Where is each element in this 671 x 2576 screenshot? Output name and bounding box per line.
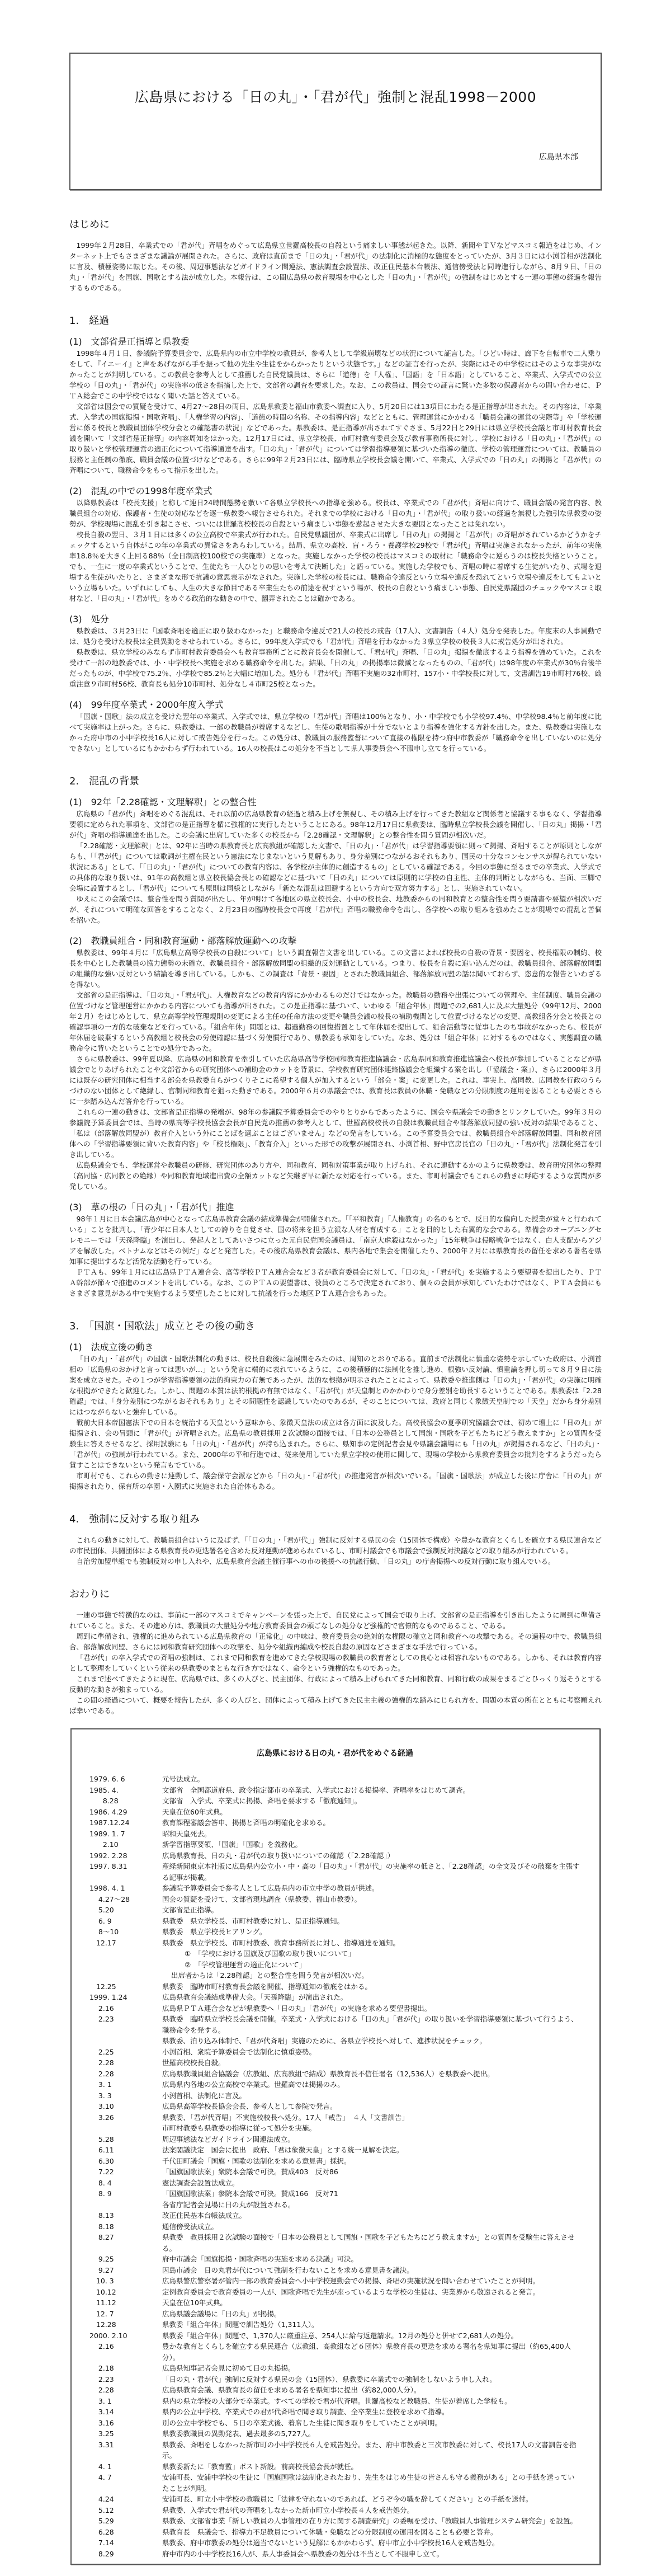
subsection-heading: (3) 処分 xyxy=(69,614,602,624)
chronology-row: 2000. 2.10県教委「組合年休」問題で、1,370人に厳重注意、254人に… xyxy=(89,2330,580,2342)
chronology-event: 昭和天皇死去。 xyxy=(162,1828,580,1840)
chronology-row: 3.26県教委、「君が代斉唱」不実施校校長へ処分。17人「戒告」 ４人「文書訓告… xyxy=(89,2112,580,2123)
chronology-date: 1986. 4.29 xyxy=(89,1807,162,1818)
chronology-event: 教育課程審議会答申、掲揚と斉唱の明確化を求める。 xyxy=(162,1817,580,1828)
chronology-row: 8. 9「国旗国歌法案」参院本会議で可決。賛成166 反対71 xyxy=(89,2188,580,2199)
chronology-date: 8. 9 xyxy=(89,2188,162,2199)
chronology-event: 広島県教育会議結成準備大会。「天孫降臨」が演出された。 xyxy=(162,1992,580,2003)
body-paragraph: 戦前大日本帝国憲法下での日本を統治する天皇という意味から、象徴天皇法の成立は各方… xyxy=(69,1417,602,1470)
closing-paragraph: これまで述べてきたように現在、広島県では、多くの人びと、民主団体、行政によって積… xyxy=(69,1674,602,1695)
chronology-box: 広島県における日の丸・君が代をめぐる経過 1979. 6. 6元号法成立。198… xyxy=(70,1728,601,2565)
chronology-event: 出席者からは「2.28確認」との整合性を問う発言が相次いだ。 xyxy=(162,1970,580,1981)
chronology-row: 3.10広島県高等学校長協会会長、参考人として参院で発言。 xyxy=(89,2101,580,2112)
chronology-date: 8.27 xyxy=(89,2232,162,2254)
chronology-event: 改正住民基本台帳法成立。 xyxy=(162,2210,580,2221)
chronology-row: 1987.12.24教育課程審議会答申、掲揚と斉唱の明確化を求める。 xyxy=(89,1817,580,1828)
body-paragraph: 広島県の「君が代」斉唱をめぐる混乱は、それ以前の広島県教育の経過と積み上げを無視… xyxy=(69,808,602,840)
chronology-row: 2.10新学習指導要領、「国旗」「国歌」を義務化。 xyxy=(89,1839,580,1850)
body-paragraph: 「日の丸」・「君が代」の国旗・国歌法制化の動きは、校長自殺後に急展開をみたのは、… xyxy=(69,1353,602,1417)
chronology-event: 広島県警広警察署が管内一部の教育委員会へ小中学校運動会での掲揚、斉唱の実施状況を… xyxy=(162,2276,580,2287)
chronology-date: 1999. 1.24 xyxy=(89,1992,162,2003)
chronology-date: 2.28 xyxy=(89,2385,162,2396)
chronology-row: 8.13改正住民基本台帳法成立。 xyxy=(89,2210,580,2221)
chronology-row: 3. 1広島県内各地の公立高校で卒業式。世羅高では掲揚のみ。 xyxy=(89,2079,580,2090)
chronology-event: 県教委、「君が代斉唱」不実施校校長へ処分。17人「戒告」 ４人「文書訓告」 xyxy=(162,2112,580,2123)
body-paragraph: 県教委は、99年４月に「広島県立高等学校長の自殺について」という調査報告文書を出… xyxy=(69,947,602,990)
sections: 1. 経過(1) 文部省是正指導と県教委1998年４月１日、参議院予算委員会で、… xyxy=(69,316,602,1567)
chronology-title: 広島県における日の丸・君が代をめぐる経過 xyxy=(89,1748,580,1759)
chronology-date: 8.29 xyxy=(89,2549,162,2560)
body-paragraph: 県教委は、県立学校のみならず市町村教育委員会へも教育事務所ごとに教育長会を開催し… xyxy=(69,647,602,689)
chronology-event: 広島県内各地の公立高校で卒業式。世羅高では掲揚のみ。 xyxy=(162,2079,580,2090)
chronology-event: 別の公立中学校でも、５日の卒業式後、着席した生徒に聞き取りをしていたことが判明。 xyxy=(162,2418,580,2429)
chronology-date: 1998. 4. 1 xyxy=(89,1883,162,1894)
chronology-row: 7.14県教委、府中市教委の処分は適当でないという見解にもかかわらず、府中市立小… xyxy=(89,2537,580,2549)
chronology-event: 広島県教職員組合協議会（広教組、広高教組で結成）県教育長不信任署名（12,536… xyxy=(162,2069,580,2080)
chronology-event: 県教委、斉唱をしなかった新市町の小中学校長６人を戒告処分。また、府中市教委と三次… xyxy=(162,2439,580,2461)
chronology-row: 8.29府中市内の小中学校長16人が、県人事委員会へ県教委の処分は不当として不服… xyxy=(89,2549,580,2560)
chronology-row: 9.25府中市議会「国旗掲揚・国歌斉唱の実施を求める決議」可決。 xyxy=(89,2254,580,2265)
chronology-event: 県教委 県立学校長ヒアリング。 xyxy=(162,1926,580,1938)
chronology-event: 安浦町長、町立小中学校の教職員に「法律を守れないのであれば、どうぞ今の職を辞して… xyxy=(162,2494,580,2505)
subsection-heading: (2) 教職員組合・同和教育運動・部落解放運動への攻撃 xyxy=(69,936,602,946)
chronology-event: 府中市議会「国旗掲揚・国歌斉唱の実施を求める決議」可決。 xyxy=(162,2254,580,2265)
chronology-date xyxy=(89,1948,162,1959)
chronology-row: 3.16別の公立中学校でも、５日の卒業式後、着席した生徒に聞き取りをしていたこと… xyxy=(89,2418,580,2429)
chronology-event: 市町村教委も県教委の指導に従って処分を実施。 xyxy=(162,2123,580,2134)
chronology-row: 2.18広島県知事記者会見に初めて日の丸掲揚。 xyxy=(89,2363,580,2374)
chronology-date: 6. 9 xyxy=(89,1916,162,1927)
chronology-date: 2.23 xyxy=(89,2014,162,2036)
chronology-date: 3.25 xyxy=(89,2428,162,2439)
chronology-row: 5.29県教委、文部省事業「新しい教員の人事管理の在り方に関する調査研究」の委嘱… xyxy=(89,2516,580,2527)
chronology-date: 1979. 6. 6 xyxy=(89,1774,162,1785)
title-box: 広島県における「日の丸」・「君が代」強制と混乱1998－2000 広島県本部 xyxy=(69,53,602,190)
body-paragraph: ＰＴＡも、99年１月には広島県ＰＴＡ連合会、高等学校ＰＴＡ連合会など３者が教育委… xyxy=(69,1267,602,1299)
chronology-row: 1989. 1. 7昭和天皇死去。 xyxy=(89,1828,580,1840)
chronology-date: 2.28 xyxy=(89,2057,162,2069)
chronology-event: 広島県ＰＴＡ連合会などが県教委へ「日の丸」「君が代」の実施を求める要望書提出。 xyxy=(162,2003,580,2014)
body-paragraph: 「国旗・国歌」法の成立を受けた翌年の卒業式、入学式では、県立学校の「君が代」斉唱… xyxy=(69,711,602,754)
chronology-event: 「日の丸・君が代」強制に反対する県民の会（15団体）、県教委に卒業式での強制をし… xyxy=(162,2374,580,2385)
chronology-date: 6.30 xyxy=(89,2156,162,2167)
chronology-event: 県教委「組合年休」問題で、1,370人に厳重注意、254人に給与返還請求。12月… xyxy=(162,2330,580,2342)
chronology-event: 県教委 県立学校長、市町村教委、教育事務所長に対し、指導通達を通知。 xyxy=(162,1938,580,1949)
body-paragraph: 「2.28確認・文理解釈」とは、92年に当時の県教育長と広高教組が確認した文書で… xyxy=(69,840,602,894)
chronology-event: 元号法成立。 xyxy=(162,1774,580,1785)
chronology-row: 4. 7安浦町長、安浦中学校の生徒に「国旗国歌は法制化されたおり、先生をはじめ生… xyxy=(89,2472,580,2494)
body-paragraph: 文部省は国会での質疑を受けて、4月27～28日の両日、広島県教委と福山市教委へ調… xyxy=(69,401,602,476)
chronology-date: 11.12 xyxy=(89,2297,162,2309)
section-heading: 2. 混乱の背景 xyxy=(69,776,602,787)
chronology-row: 4.24安浦町長、町立小中学校の教職員に「法律を守れないのであれば、どうぞ今の職… xyxy=(89,2494,580,2505)
chronology-list: 1979. 6. 6元号法成立。1985. 4.文部省 全国都道府県、政令指定都… xyxy=(89,1774,580,2559)
subsection-heading: (1) 文部省是正指導と県教委 xyxy=(69,336,602,347)
chronology-row: 3.14県内の公立中学校、卒業式での君が代斉唱で聞き取り調査、全卒業生に登校を求… xyxy=(89,2406,580,2418)
body-paragraph: 以降県教委は「校長支援」と称して連日24時間態勢を敷いて各県立学校長への指導を強… xyxy=(69,497,602,529)
body-paragraph: 1998年４月１日、参議院予算委員会で、広島県内の市立中学校の教員が、参考人とし… xyxy=(69,348,602,401)
chronology-row: 8. 4憲法調査会設置法成立。 xyxy=(89,2178,580,2189)
body-paragraph: 文部省の是正指導は、「日の丸」・「君が代」、人権教育などの教育内容にかかわるもの… xyxy=(69,990,602,1054)
chronology-event: ② 「学校管理運営の適正化について」 xyxy=(162,1959,580,1971)
chronology-date: 2.10 xyxy=(89,1839,162,1850)
chronology-date: 3.10 xyxy=(89,2101,162,2112)
chronology-row: 8.18通信傍受法成立。 xyxy=(89,2221,580,2232)
section-heading: 4. 強制に反対する取り組み xyxy=(69,1514,602,1525)
chronology-row: 1979. 6. 6元号法成立。 xyxy=(89,1774,580,1785)
chronology-row: 3. 3小渕首相、法制化に言及。 xyxy=(89,2090,580,2102)
chronology-row: 12.17県教委 県立学校長、市町村教委、教育事務所長に対し、指導通達を通知。 xyxy=(89,1938,580,1949)
chronology-date: 8.13 xyxy=(89,2210,162,2221)
chronology-date: 7.22 xyxy=(89,2166,162,2178)
chronology-date: 3.16 xyxy=(89,2418,162,2429)
chronology-row: 出席者からは「2.28確認」との整合性を問う発言が相次いだ。 xyxy=(89,1970,580,1981)
chronology-event: 安浦町長、安浦中学校の生徒に「国旗国歌は法制化されたおり、先生をはじめ生徒の皆さ… xyxy=(162,2472,580,2494)
chronology-event: 小渕首相、衆院予算委員会で法制化に慎重姿勢。 xyxy=(162,2047,580,2058)
chronology-date: 12.25 xyxy=(89,1981,162,1992)
chronology-date: 3. 1 xyxy=(89,2079,162,2090)
chronology-row: 1985. 4.文部省 全国都道府県、政令指定都市の卒業式、入学式における掲揚率… xyxy=(89,1785,580,1796)
chronology-date: 2.16 xyxy=(89,2341,162,2363)
chronology-row: 11.12天皇在位10年式典。 xyxy=(89,2297,580,2309)
document-title: 広島県における「日の丸」・「君が代」強制と混乱1998－2000 xyxy=(70,92,601,102)
chronology-row: 1992. 2.28広島県教育長、日の丸・君が代の取り扱いについての確認（「2.… xyxy=(89,1850,580,1862)
chronology-row: 2.23県教委 臨時県立学校長会議を開催。卒業式・入学式における「日の丸」「君が… xyxy=(89,2014,580,2036)
chronology-row: ② 「学校管理運営の適正化について」 xyxy=(89,1959,580,1971)
chronology-row: 3. 1県内の県立学校の大部分で卒業式。すべての学校で君が代斉唱。世羅高校など教… xyxy=(89,2396,580,2407)
chronology-row: 6.11法案閣議決定 国会に提出 政府、「君は象徴天皇」とする統一見解を決定。 xyxy=(89,2145,580,2156)
chronology-date: 9.25 xyxy=(89,2254,162,2265)
chronology-date: 8.18 xyxy=(89,2221,162,2232)
closing-heading: おわりに xyxy=(69,1589,602,1600)
chronology-date xyxy=(89,1970,162,1981)
chronology-event: 県教委 臨時市町村教育長会議を開催、指導通知の徹底をはかる。 xyxy=(162,1981,580,1992)
section-heading: 3. 「国旗・国歌法」成立とその後の動き xyxy=(69,1321,602,1332)
chronology-date: 5.28 xyxy=(89,2134,162,2145)
chronology-event: 天皇在位10年式典。 xyxy=(162,2297,580,2309)
intro-heading: はじめに xyxy=(69,219,602,230)
chronology-row: 7.22「国旗国歌法案」衆院本会議で可決。賛成403 反対86 xyxy=(89,2166,580,2178)
chronology-event: 文部省 全国都道府県、政令指定都市の卒業式、入学式における掲揚率、斉唱率をはじめ… xyxy=(162,1785,580,1796)
chronology-row: 1986. 4.29天皇在位60年式典。 xyxy=(89,1807,580,1818)
chronology-date: 5.20 xyxy=(89,1905,162,1916)
subsection-heading: (2) 混乱の中での1998年度卒業式 xyxy=(69,486,602,496)
chronology-event: 県教委「組合年休」問題で訓告処分（1,311人）。 xyxy=(162,2319,580,2330)
chronology-row: 1998. 4. 1参議院予算委員会で参考人として広島県内の市立中学の教員が供述… xyxy=(89,1883,580,1894)
chronology-date: 3. 1 xyxy=(89,2396,162,2407)
chronology-event: 文部省 入学式、卒業式に掲揚、斉唱を要求する「徹底通知」。 xyxy=(162,1795,580,1807)
chronology-row: 4.27～28国会の質疑を受けて、文部省現地調査（県教委、福山市教委）。 xyxy=(89,1894,580,1905)
chronology-row: 2.28広島県教職員組合協議会（広教組、広高教組で結成）県教育長不信任署名（12… xyxy=(89,2069,580,2080)
body-paragraph: 市町村でも、これらの動きに連動して、議会保守会派などから「日の丸」・「君が代」の… xyxy=(69,1470,602,1492)
chronology-row: 5.28周辺事態法などガイドライン関連法成立。 xyxy=(89,2134,580,2145)
chronology-event: 県教委教職員の異動発表、過去最多の5,727人。 xyxy=(162,2428,580,2439)
chronology-event: ① 「学校における国旗及び国歌の取り扱いについて」 xyxy=(162,1948,580,1959)
chronology-date: 1989. 1. 7 xyxy=(89,1828,162,1840)
chronology-row: 8.27県教委 教員採用２次試験の面接で「日本の公務員として国旗・国歌を子どもた… xyxy=(89,2232,580,2254)
chronology-row: 4. 1県教委新たに「教育監」ポスト新設。前高校長協会長が就任。 xyxy=(89,2461,580,2472)
chronology-date: 2000. 2.10 xyxy=(89,2330,162,2342)
intro-paragraph: 1999年２月28日、卒業式での「君が代」斉唱をめぐって広島県立世羅高校長の自殺… xyxy=(69,240,602,293)
chronology-event: 広島県議会議場に「日の丸」が掲揚。 xyxy=(162,2309,580,2320)
chronology-date: 2.16 xyxy=(89,2003,162,2014)
chronology-row: 2.28世羅高校校長自殺。 xyxy=(89,2057,580,2069)
chronology-date: 4. 1 xyxy=(89,2461,162,2472)
document-author: 広島県本部 xyxy=(539,152,578,163)
intro-body: 1999年２月28日、卒業式での「君が代」斉唱をめぐって広島県立世羅高校長の自殺… xyxy=(69,240,602,293)
subsection-heading: (1) 92年「2.28確認・文理解釈」との整合性 xyxy=(69,797,602,807)
chronology-row: 12.25県教委 臨時市町村教育長会議を開催、指導通知の徹底をはかる。 xyxy=(89,1981,580,1992)
chronology-row: 6.30千代田町議会「国旗・国歌の法制化を求める意見書」採択。 xyxy=(89,2156,580,2167)
chronology-event: 法案閣議決定 国会に提出 政府、「君は象徴天皇」とする統一見解を決定。 xyxy=(162,2145,580,2156)
closing-body: 一連の事態で特徴的なのは、事前に一部のマスコミでキャンペーンを張った上で、自民党… xyxy=(69,1610,602,1716)
chronology-event: 県内の県立学校の大部分で卒業式。すべての学校で君が代斉唱。世羅高校など教職員、生… xyxy=(162,2396,580,2407)
chronology-event: 周辺事態法などガイドライン関連法成立。 xyxy=(162,2134,580,2145)
chronology-event: 世羅高校校長自殺。 xyxy=(162,2057,580,2069)
chronology-event: 国会の質疑を受けて、文部省現地調査（県教委、福山市教委）。 xyxy=(162,1894,580,1905)
chronology-date: 12.17 xyxy=(89,1938,162,1949)
chronology-date: 4.24 xyxy=(89,2494,162,2505)
chronology-event: 小渕首相、法制化に言及。 xyxy=(162,2090,580,2102)
chronology-row: 9.27因島市議会 日の丸君が代について強制を行わないことを求める意見書を議決。 xyxy=(89,2265,580,2276)
chronology-event: 新学習指導要領、「国旗」「国歌」を義務化。 xyxy=(162,1839,580,1850)
chronology-row: 10. 3広島県警広警察署が管内一部の教育委員会へ小中学校運動会での掲揚、斉唱の… xyxy=(89,2276,580,2287)
closing-paragraph: 一連の事態で特徴的なのは、事前に一部のマスコミでキャンペーンを張った上で、自民党… xyxy=(69,1610,602,1631)
chronology-event: 県教委、文部省事業「新しい教員の人事管理の在り方に関する調査研究」の委嘱を受け、… xyxy=(162,2516,580,2527)
chronology-date: 4. 7 xyxy=(89,2472,162,2494)
chronology-event: 豊かな教育とくらしを確立する県民連合（広教組、高教組など６団体）県教育長の更迭を… xyxy=(162,2341,580,2363)
chronology-event: 文部省是正指導。 xyxy=(162,1905,580,1916)
body-paragraph: 校長自殺の翌日、３月１日には多くの公立高校で卒業式が行われた。自民党県議団が、卒… xyxy=(69,529,602,604)
chronology-row: 1999. 1.24広島県教育会議結成準備大会。「天孫降臨」が演出された。 xyxy=(89,1992,580,2003)
chronology-event: 産経新聞東京本社版に広島県内公立小・中・高の「日の丸」・「君が代」の実施率の低さ… xyxy=(162,1861,580,1883)
chronology-row: 3.31県教委、斉唱をしなかった新市町の小中学校長６人を戒告処分。また、府中市教… xyxy=(89,2439,580,2461)
chronology-date: 5.29 xyxy=(89,2516,162,2527)
chronology-row: 12.28県教委「組合年休」問題で訓告処分（1,311人）。 xyxy=(89,2319,580,2330)
chronology-date xyxy=(89,2123,162,2134)
section-heading: 1. 経過 xyxy=(69,316,602,326)
chronology-event: 府中市内の小中学校長16人が、県人事委員会へ県教委の処分は不当として不服申し立て… xyxy=(162,2549,580,2560)
chronology-event: 広島県教育会議、県教育長の留任を求める署名を県知事に提出（約82,000人分）。 xyxy=(162,2385,580,2396)
chronology-row: 市町村教委も県教委の指導に従って処分を実施。 xyxy=(89,2123,580,2134)
chronology-date: 7.14 xyxy=(89,2537,162,2549)
chronology-date: 12. 7 xyxy=(89,2309,162,2320)
chronology-event: 「国旗国歌法案」参院本会議で可決。賛成166 反対71 xyxy=(162,2188,580,2199)
chronology-row: 2.16広島県ＰＴＡ連合会などが県教委へ「日の丸」「君が代」の実施を求める要望書… xyxy=(89,2003,580,2014)
chronology-row: ① 「学校における国旗及び国歌の取り扱いについて」 xyxy=(89,1948,580,1959)
chronology-event: 広島県高等学校長協会会長、参考人として参院で発言。 xyxy=(162,2101,580,2112)
chronology-date: 3.31 xyxy=(89,2439,162,2461)
chronology-row: 2.25小渕首相、衆院予算委員会で法制化に慎重姿勢。 xyxy=(89,2047,580,2058)
chronology-event: 県教委、入学式で君が代の斉唱をしなかった新市町立小学校長４人を戒告処分。 xyxy=(162,2505,580,2516)
chronology-row: 2.23「日の丸・君が代」強制に反対する県民の会（15団体）、県教委に卒業式での… xyxy=(89,2374,580,2385)
chronology-date xyxy=(89,1959,162,1971)
chronology-date: 6.11 xyxy=(89,2145,162,2156)
chronology-date: 1992. 2.28 xyxy=(89,1850,162,1862)
chronology-event: 県教委 教員採用２次試験の面接で「日本の公務員として国旗・国歌を子どもたちにどう… xyxy=(162,2232,580,2254)
chronology-date: 2.28 xyxy=(89,2069,162,2080)
chronology-row: 5.12県教委、入学式で君が代の斉唱をしなかった新市町立小学校長４人を戒告処分。 xyxy=(89,2505,580,2516)
chronology-event: 「国旗国歌法案」衆院本会議で可決。賛成403 反対86 xyxy=(162,2166,580,2178)
chronology-date: 5.12 xyxy=(89,2505,162,2516)
closing-paragraph: 「君が代」の卒入学式での斉唱の強制は、これまで同和教育を進めてきた学校現場の教職… xyxy=(69,1652,602,1674)
chronology-date: 6.28 xyxy=(89,2527,162,2538)
chronology-event: 憲法調査会設置法成立。 xyxy=(162,2178,580,2189)
body-paragraph: さらに県教委は、99年夏以降、広島県の同和教育を牽引していた広島県高等学校同和教… xyxy=(69,1054,602,1107)
chronology-row: 8～10県教委 県立学校長ヒアリング。 xyxy=(89,1926,580,1938)
chronology-date: 1987.12.24 xyxy=(89,1817,162,1828)
chronology-date: 9.27 xyxy=(89,2265,162,2276)
chronology-date: 4.27～28 xyxy=(89,1894,162,1905)
chronology-event: 県教委、府中市教委の処分は適当でないという見解にもかかわらず、府中市立小中学校長… xyxy=(162,2537,580,2549)
body-paragraph: ゆえにこの会議では、整合性を問う質問が出たし、年が明けて各地区の県立校長会、小中… xyxy=(69,894,602,925)
subsection-heading: (1) 法成立後の動き xyxy=(69,1342,602,1352)
chronology-event: 通信傍受法成立。 xyxy=(162,2221,580,2232)
body-paragraph: これらの動きに対して、教職員組合はいうに及ばず、「「日の丸」・「君が代」」強制に… xyxy=(69,1535,602,1556)
chronology-date: 1985. 4. xyxy=(89,1785,162,1796)
chronology-event: 千代田町議会「国旗・国歌の法制化を求める意見書」採択。 xyxy=(162,2156,580,2167)
chronology-event: 広島県知事記者会見に初めて日の丸掲揚。 xyxy=(162,2363,580,2374)
chronology-event: 広島県教育長、日の丸・君が代の取り扱いについての確認（「2.28確認」） xyxy=(162,1850,580,1862)
chronology-row: 12. 7広島県議会議場に「日の丸」が掲揚。 xyxy=(89,2309,580,2320)
body-paragraph: 98年１月に日本会議広島が中心となって広島県教育会議の結成準備会が開催された。「… xyxy=(69,1214,602,1267)
chronology-date xyxy=(89,2036,162,2047)
chronology-row: 2.16豊かな教育とくらしを確立する県民連合（広教組、高教組など６団体）県教育長… xyxy=(89,2341,580,2363)
body-paragraph: 県教委は、３月23日に「国歌斉唱を適正に取り扱わなかった」と職務命令違反で21人… xyxy=(69,626,602,647)
subsection-heading: (4) 99年度卒業式・2000年度入学式 xyxy=(69,699,602,710)
chronology-row: 各省庁記者会見場に日の丸が設置される。 xyxy=(89,2199,580,2211)
document-page: 広島県における「日の丸」・「君が代」強制と混乱1998－2000 広島県本部 は… xyxy=(69,0,602,2576)
chronology-event: 天皇在位60年式典。 xyxy=(162,1807,580,1818)
chronology-date: 8.28 xyxy=(89,1795,162,1807)
chronology-date: 2.25 xyxy=(89,2047,162,2058)
chronology-row: 8.28文部省 入学式、卒業式に掲揚、斉唱を要求する「徹底通知」。 xyxy=(89,1795,580,1807)
chronology-row: 5.20文部省是正指導。 xyxy=(89,1905,580,1916)
chronology-event: 県教委、泊り込み体制で、「君が代斉唱」実施のために、各県立学校長へ対して、進捗状… xyxy=(162,2036,580,2047)
body-paragraph: 自治労加盟単組でも強制反対の申し入れや、広島県教育会議主催行事への市の後援への抗… xyxy=(69,1556,602,1567)
chronology-event: 県教委 県立学校長、市町村教委に対し、是正指導通知。 xyxy=(162,1916,580,1927)
subsection-heading: (3) 草の根の「日の丸」・「君が代」推進 xyxy=(69,1202,602,1212)
chronology-row: 10.12定例教育委員会で教育委員の一人が、国歌斉唱で先生が座っているような学校… xyxy=(89,2287,580,2298)
closing-paragraph: 周到に準備され、強権的に進められている広島県教育の「正常化」の中味は、教育委員会… xyxy=(69,1631,602,1652)
chronology-date: 10. 3 xyxy=(89,2276,162,2287)
chronology-date: 1997. 8.31 xyxy=(89,1861,162,1883)
chronology-event: 因島市議会 日の丸君が代について強制を行わないことを求める意見書を議決。 xyxy=(162,2265,580,2276)
chronology-date: 10.12 xyxy=(89,2287,162,2298)
chronology-date: 8～10 xyxy=(89,1926,162,1938)
chronology-date: 2.23 xyxy=(89,2374,162,2385)
body-paragraph: 広島県議会でも、学校運営や教職員の研修、研究団体のあり方や、同和教育、同和対策事… xyxy=(69,1160,602,1192)
chronology-date: 2.18 xyxy=(89,2363,162,2374)
closing-paragraph: この間の経過について、概要を報告したが、多くの人びと、団体によって積み上げてきた… xyxy=(69,1695,602,1716)
chronology-date: 3. 3 xyxy=(89,2090,162,2102)
chronology-event: 県教委新たに「教育監」ポスト新設。前高校長協会長が就任。 xyxy=(162,2461,580,2472)
chronology-event: 県教委 臨時県立学校長会議を開催。卒業式・入学式における「日の丸」「君が代」の取… xyxy=(162,2014,580,2036)
chronology-event: 県内の公立中学校、卒業式での君が代斉唱で聞き取り調査、全卒業生に登校を求めて指導… xyxy=(162,2406,580,2418)
chronology-date: 3.14 xyxy=(89,2406,162,2418)
chronology-row: 1997. 8.31産経新聞東京本社版に広島県内公立小・中・高の「日の丸」・「君… xyxy=(89,1861,580,1883)
chronology-date: 3.26 xyxy=(89,2112,162,2123)
chronology-row: 6. 9県教委 県立学校長、市町村教委に対し、是正指導通知。 xyxy=(89,1916,580,1927)
body-paragraph: これらの一連の動きは、文部省是正指導の発端が、98年の参議院予算委員会でのやりと… xyxy=(69,1107,602,1160)
chronology-event: 各省庁記者会見場に日の丸が設置される。 xyxy=(162,2199,580,2211)
chronology-row: 6.28県教育長 県議会で、指導力不足教員について休職・免職などの分限制度の運用… xyxy=(89,2527,580,2538)
chronology-row: 2.28広島県教育会議、県教育長の留任を求める署名を県知事に提出（約82,000… xyxy=(89,2385,580,2396)
chronology-event: 参議院予算委員会で参考人として広島県内の市立中学の教員が供述。 xyxy=(162,1883,580,1894)
chronology-date xyxy=(89,2199,162,2211)
chronology-row: 県教委、泊り込み体制で、「君が代斉唱」実施のために、各県立学校長へ対して、進捗状… xyxy=(89,2036,580,2047)
chronology-row: 3.25県教委教職員の異動発表、過去最多の5,727人。 xyxy=(89,2428,580,2439)
chronology-date: 12.28 xyxy=(89,2319,162,2330)
chronology-event: 定例教育委員会で教育委員の一人が、国歌斉唱で先生が座っているような学校の生徒は、… xyxy=(162,2287,580,2298)
chronology-event: 県教育長 県議会で、指導力不足教員について休職・免職などの分限制度の運用を図るこ… xyxy=(162,2527,580,2538)
chronology-date: 8. 4 xyxy=(89,2178,162,2189)
